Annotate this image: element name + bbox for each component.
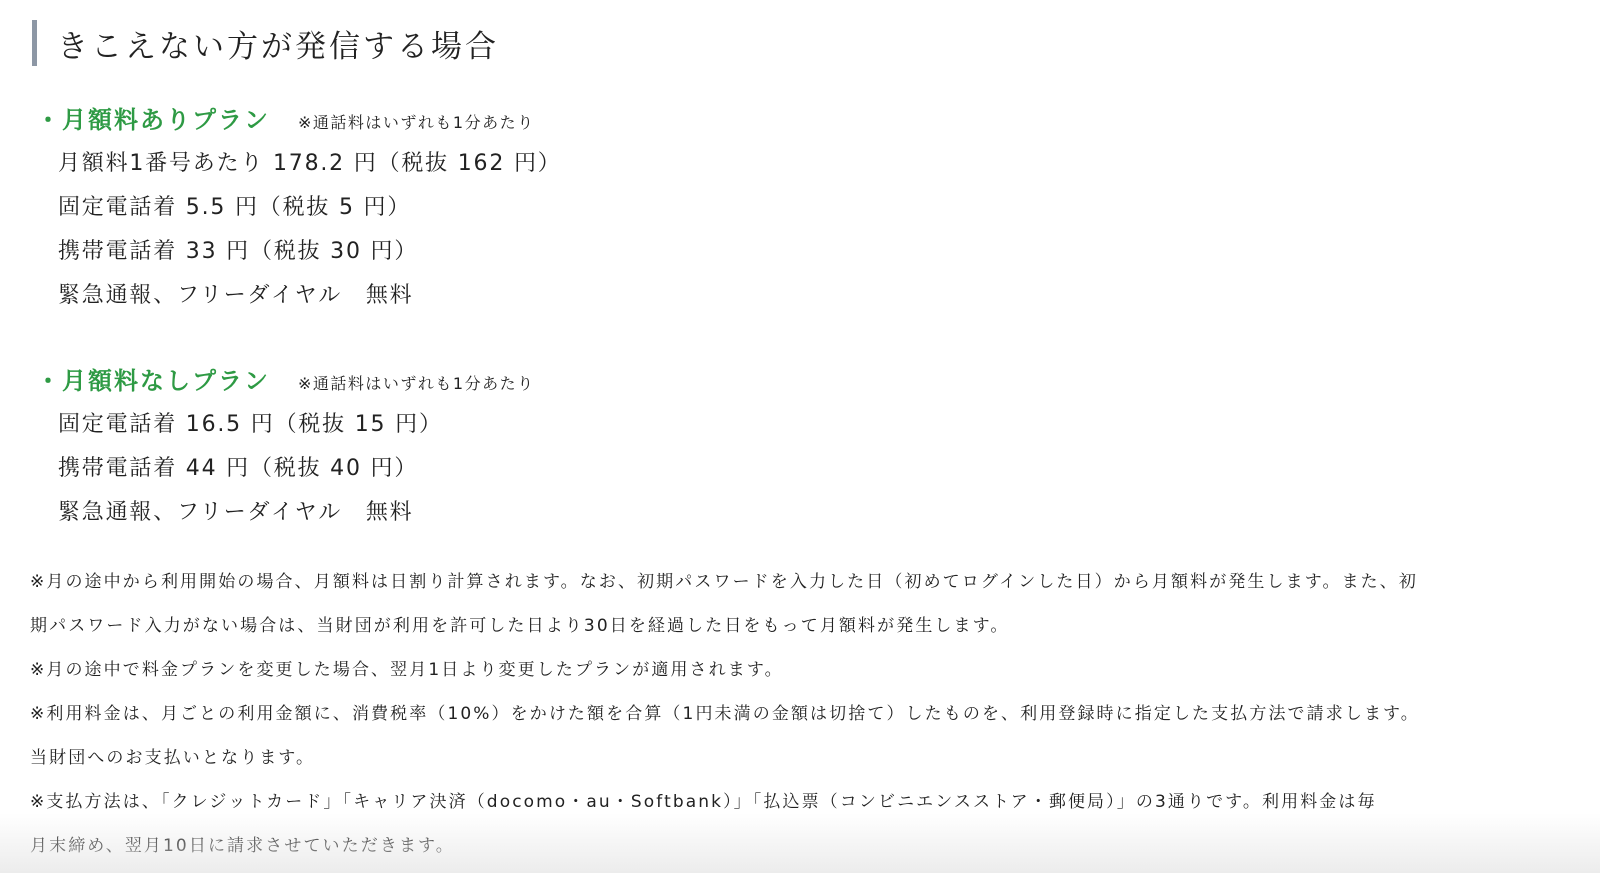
plan-title: ・月額料ありプラン (36, 100, 270, 135)
note-line: 当財団へのお支払いとなります。 (30, 736, 1570, 780)
plan-line-landline: 固定電話着 5.5 円（税抜 5 円） (58, 186, 562, 230)
plan-title-row: ・月額料ありプラン ※通話料はいずれも1分あたり (36, 100, 562, 140)
plan-line-monthly-fee: 月額料1番号あたり 178.2 円（税抜 162 円） (58, 142, 562, 186)
plan-title: ・月額料なしプラン (36, 361, 270, 396)
plan-note: ※通話料はいずれも1分あたり (298, 371, 535, 394)
plan-with-monthly-fee: ・月額料ありプラン ※通話料はいずれも1分あたり 月額料1番号あたり 178.2… (36, 100, 562, 318)
note-line: ※支払方法は、「クレジットカード」「キャリア決済（docomo・au・Softb… (30, 780, 1570, 824)
plan-line-mobile: 携帯電話着 33 円（税抜 30 円） (58, 230, 562, 274)
note-line: ※月の途中から利用開始の場合、月額料は日割り計算されます。なお、初期パスワードを… (30, 560, 1570, 604)
plan-title-row: ・月額料なしプラン ※通話料はいずれも1分あたり (36, 361, 535, 401)
plan-without-monthly-fee: ・月額料なしプラン ※通話料はいずれも1分あたり 固定電話着 16.5 円（税抜… (36, 361, 535, 535)
plan-line-emergency: 緊急通報、フリーダイヤル 無料 (58, 491, 535, 535)
section-heading: きこえない方が発信する場合 (32, 20, 499, 66)
plan-line-emergency: 緊急通報、フリーダイヤル 無料 (58, 274, 562, 318)
section-heading-text: きこえない方が発信する場合 (57, 21, 499, 66)
note-line: 月末締め、翌月10日に請求させていただきます。 (30, 824, 1570, 868)
notes-section: ※月の途中から利用開始の場合、月額料は日割り計算されます。なお、初期パスワードを… (30, 560, 1570, 868)
note-line: ※利用料金は、月ごとの利用金額に、消費税率（10%）をかけた額を合算（1円未満の… (30, 692, 1570, 736)
note-line: ※月の途中で料金プランを変更した場合、翌月1日より変更したプランが適用されます。 (30, 648, 1570, 692)
plan-line-landline: 固定電話着 16.5 円（税抜 15 円） (58, 403, 535, 447)
plan-note: ※通話料はいずれも1分あたり (298, 110, 535, 133)
note-line: 期パスワード入力がない場合は、当財団が利用を許可した日より30日を経過した日をも… (30, 604, 1570, 648)
plan-line-mobile: 携帯電話着 44 円（税抜 40 円） (58, 447, 535, 491)
